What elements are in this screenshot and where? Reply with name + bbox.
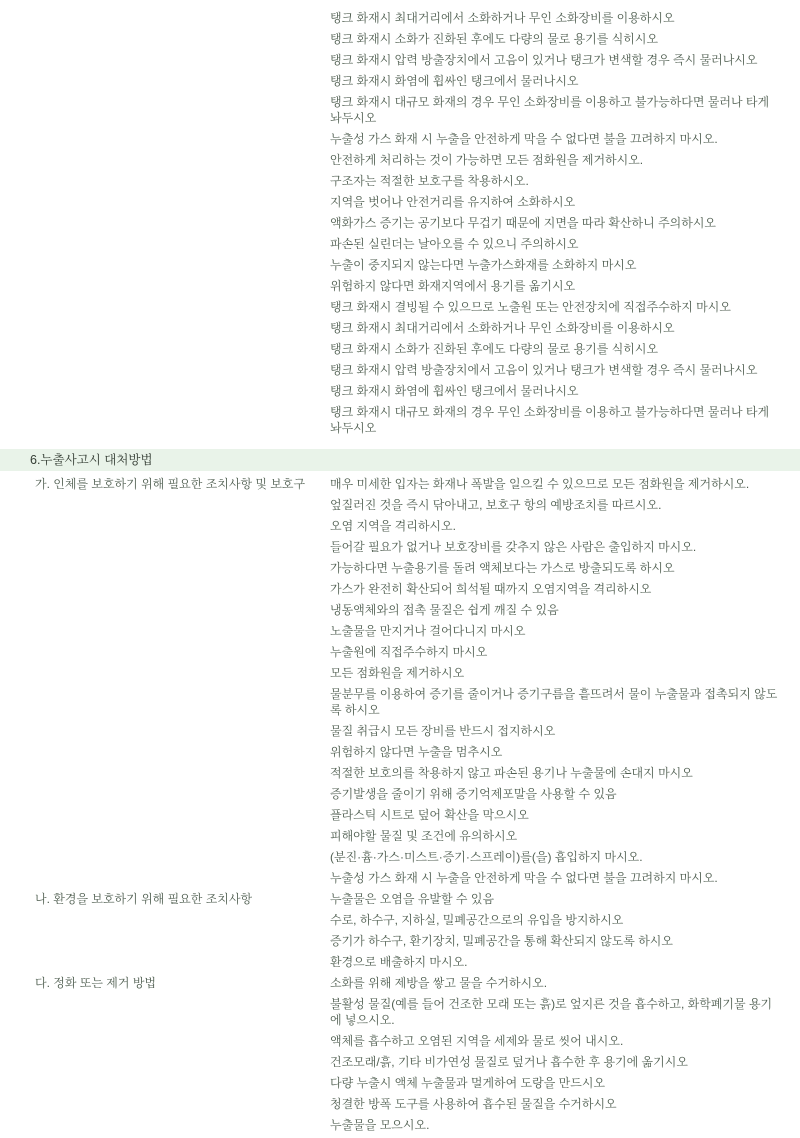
instruction-line: 위험하지 않다면 화재지역에서 용기를 옮기시오 — [330, 278, 780, 294]
instruction-line: 탱크 화재시 화염에 휩싸인 탱크에서 물러나시오 — [330, 73, 780, 89]
instruction-line: 탱크 화재시 소화가 진화된 후에도 다량의 물로 용기를 식히시오 — [330, 341, 780, 357]
subsection-da-item-list: 소화를 위해 제방을 쌓고 물을 수거하시오. 불활성 물질(예를 들어 건조한… — [330, 975, 780, 1138]
instruction-line: 증기발생을 줄이기 위해 증기억제포말을 사용할 수 있음 — [330, 786, 780, 802]
instruction-line: (분진·흄·가스·미스트·증기·스프레이)를(을) 흡입하지 마시오. — [330, 849, 780, 865]
subsection-na-item-list: 누출물은 오염을 유발할 수 있음 수로, 하수구, 지하실, 밀폐공간으로의 … — [330, 891, 780, 975]
subsection-na-environment-protection: 나. 환경을 보호하기 위해 필요한 조치사항 누출물은 오염을 유발할 수 있… — [0, 891, 800, 975]
instruction-line: 물분무를 이용하여 증기를 줄이거나 증기구름을 흩뜨려서 물이 누출물과 접촉… — [330, 686, 780, 718]
instruction-line: 구조자는 적절한 보호구를 착용하시오. — [330, 173, 780, 189]
instruction-line: 탱크 화재시 압력 방출장치에서 고음이 있거나 탱크가 변색할 경우 즉시 물… — [330, 362, 780, 378]
instruction-line: 액체를 흡수하고 오염된 지역을 세제와 물로 씻어 내시오. — [330, 1033, 780, 1049]
instruction-line: 플라스틱 시트로 덮어 확산을 막으시오 — [330, 807, 780, 823]
instruction-line: 가스가 완전히 확산되어 희석될 때까지 오염지역을 격리하시오 — [330, 581, 780, 597]
instruction-line: 매우 미세한 입자는 화재나 폭발을 일으킬 수 있으므로 모든 점화원을 제거… — [330, 476, 780, 492]
instruction-line: 물질 취급시 모든 장비를 반드시 접지하시오 — [330, 723, 780, 739]
subsection-na-label: 나. 환경을 보호하기 위해 필요한 조치사항 — [0, 891, 330, 907]
subsection-ga-label: 가. 인체를 보호하기 위해 필요한 조치사항 및 보호구 — [0, 476, 330, 492]
instruction-line: 위험하지 않다면 누출을 멈추시오 — [330, 744, 780, 760]
instruction-line: 지역을 벗어나 안전거리를 유지하여 소화하시오 — [330, 194, 780, 210]
instruction-line: 증기가 하수구, 환기장치, 밀폐공간을 통해 확산되지 않도록 하시오 — [330, 933, 780, 949]
instruction-line: 안전하게 처리하는 것이 가능하면 모든 점화원을 제거하시오. — [330, 152, 780, 168]
subsection-da-cleanup-methods: 다. 정화 또는 제거 방법 소화를 위해 제방을 쌓고 물을 수거하시오. 불… — [0, 975, 800, 1138]
instruction-line: 청결한 방폭 도구를 사용하여 흡수된 물질을 수거하시오 — [330, 1096, 780, 1112]
instruction-line: 적절한 보호의를 착용하지 않고 파손된 용기나 누출물에 손대지 마시오 — [330, 765, 780, 781]
instruction-line: 수로, 하수구, 지하실, 밀폐공간으로의 유입을 방지하시오 — [330, 912, 780, 928]
instruction-line: 가능하다면 누출용기를 돌려 액체보다는 가스로 방출되도록 하시오 — [330, 560, 780, 576]
instruction-line: 탱크 화재시 대규모 화재의 경우 무인 소화장비를 이용하고 불가능하다면 물… — [330, 404, 780, 436]
instruction-line: 다량 누출시 액체 누출물과 멀게하여 도랑을 만드시오 — [330, 1075, 780, 1091]
instruction-line: 누출성 가스 화재 시 누출을 안전하게 막을 수 없다면 불을 끄려하지 마시… — [330, 131, 780, 147]
instruction-line: 환경으로 배출하지 마시오. — [330, 954, 780, 970]
instruction-line: 탱크 화재시 대규모 화재의 경우 무인 소화장비를 이용하고 불가능하다면 물… — [330, 94, 780, 126]
instruction-line: 모든 점화원을 제거하시오 — [330, 665, 780, 681]
fire-response-continuation-block: 탱크 화재시 최대거리에서 소화하거나 무인 소화장비를 이용하시오 탱크 화재… — [0, 0, 800, 441]
instruction-line: 피해야할 물질 및 조건에 유의하시오 — [330, 828, 780, 844]
instruction-line: 엎질러진 것을 즉시 닦아내고, 보호구 항의 예방조치를 따르시오. — [330, 497, 780, 513]
instruction-line: 누출성 가스 화재 시 누출을 안전하게 막을 수 없다면 불을 끄려하지 마시… — [330, 870, 780, 886]
subsection-ga-item-list: 매우 미세한 입자는 화재나 폭발을 일으킬 수 있으므로 모든 점화원을 제거… — [330, 476, 780, 891]
subsection-ga-personal-protection: 가. 인체를 보호하기 위해 필요한 조치사항 및 보호구 매우 미세한 입자는… — [0, 476, 800, 891]
instruction-line: 파손된 실린더는 날아오를 수 있으니 주의하시오 — [330, 236, 780, 252]
fire-response-item-list: 탱크 화재시 최대거리에서 소화하거나 무인 소화장비를 이용하시오 탱크 화재… — [330, 10, 780, 441]
section-6-title: 6.누출사고시 대처방법 — [30, 453, 153, 467]
msds-document-page: 탱크 화재시 최대거리에서 소화하거나 무인 소화장비를 이용하시오 탱크 화재… — [0, 0, 800, 1138]
instruction-line: 액화가스 증기는 공기보다 무겁기 때문에 지면을 따라 확산하니 주의하시오 — [330, 215, 780, 231]
subsection-da-label: 다. 정화 또는 제거 방법 — [0, 975, 330, 991]
instruction-line: 누출원에 직접주수하지 마시오 — [330, 644, 780, 660]
instruction-line: 탱크 화재시 소화가 진화된 후에도 다량의 물로 용기를 식히시오 — [330, 31, 780, 47]
instruction-line: 들어갈 필요가 없거나 보호장비를 갖추지 않은 사람은 출입하지 마시오. — [330, 539, 780, 555]
section-6-header-band: 6.누출사고시 대처방법 — [0, 449, 800, 471]
instruction-line: 노출물을 만지거나 걸어다니지 마시오 — [330, 623, 780, 639]
instruction-line: 탱크 화재시 결빙될 수 있으므로 노출원 또는 안전장치에 직접주수하지 마시… — [330, 299, 780, 315]
instruction-line: 건조모래/흙, 기타 비가연성 물질로 덮거나 흡수한 후 용기에 옮기시오 — [330, 1054, 780, 1070]
instruction-line: 누출이 중지되지 않는다면 누출가스화재를 소화하지 마시오 — [330, 257, 780, 273]
instruction-line: 탱크 화재시 최대거리에서 소화하거나 무인 소화장비를 이용하시오 — [330, 10, 780, 26]
instruction-line: 소화를 위해 제방을 쌓고 물을 수거하시오. — [330, 975, 780, 991]
instruction-line: 냉동액체와의 접촉 물질은 쉽게 깨질 수 있음 — [330, 602, 780, 618]
instruction-line: 오염 지역을 격리하시오. — [330, 518, 780, 534]
instruction-line: 불활성 물질(예를 들어 건조한 모래 또는 흙)로 엎지른 것을 흡수하고, … — [330, 996, 780, 1028]
instruction-line: 탱크 화재시 압력 방출장치에서 고음이 있거나 탱크가 변색할 경우 즉시 물… — [330, 52, 780, 68]
instruction-line: 탱크 화재시 화염에 휩싸인 탱크에서 물러나시오 — [330, 383, 780, 399]
instruction-line: 누출물은 오염을 유발할 수 있음 — [330, 891, 780, 907]
instruction-line: 탱크 화재시 최대거리에서 소화하거나 무인 소화장비를 이용하시오 — [330, 320, 780, 336]
